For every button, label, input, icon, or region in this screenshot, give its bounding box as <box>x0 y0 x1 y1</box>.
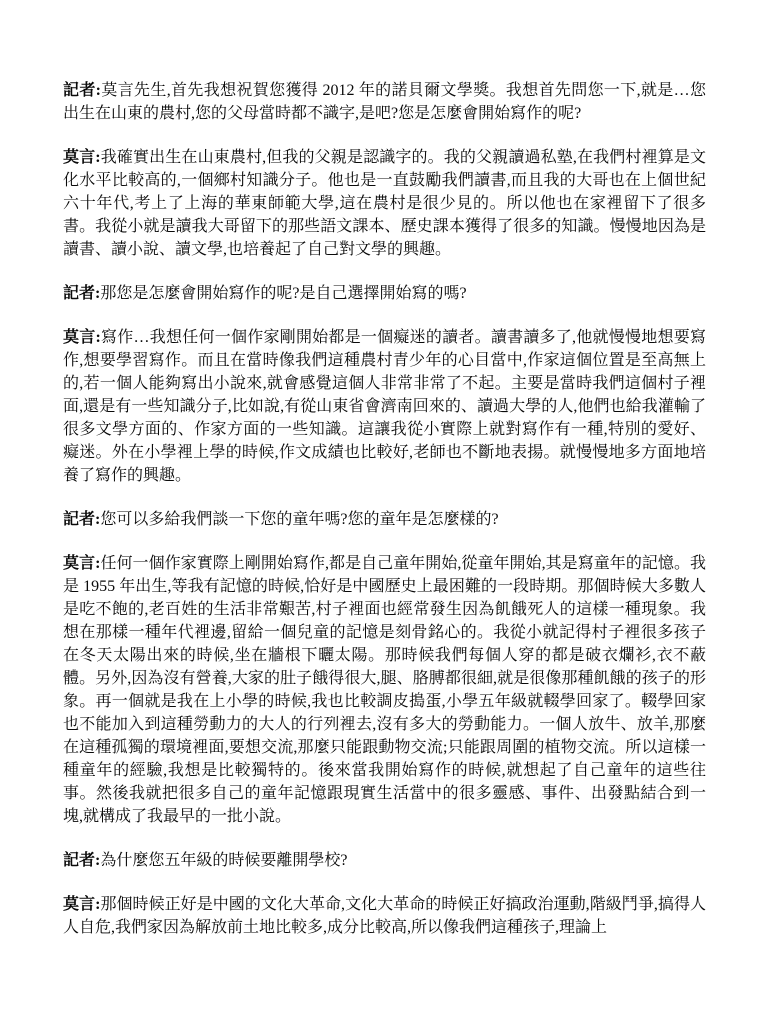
paragraph-text: 為什麼您五年級的時候要離開學校? <box>100 852 347 869</box>
speaker-label: 記者: <box>63 852 100 869</box>
paragraph-text: 莫言先生,首先我想祝賀您獲得 2012 年的諾貝爾文學獎。我想首先問您一下,就是… <box>63 82 706 122</box>
speaker-label: 莫言: <box>63 555 100 572</box>
interview-paragraph: 莫言:那個時候正好是中國的文化大革命,文化大革命的時候正好搞政治運動,階級鬥爭,… <box>63 893 706 939</box>
paragraph-text: 寫作…我想任何一個作家剛開始都是一個癡迷的讀者。讀書讀多了,他就慢慢地想要寫作,… <box>63 329 706 484</box>
interview-paragraph: 記者:莫言先生,首先我想祝賀您獲得 2012 年的諾貝爾文學獎。我想首先問您一下… <box>63 79 706 125</box>
speaker-label: 記者: <box>63 285 100 302</box>
speaker-label: 記者: <box>63 82 101 99</box>
interview-paragraph: 莫言:寫作…我想任何一個作家剛開始都是一個癡迷的讀者。讀書讀多了,他就慢慢地想要… <box>63 326 706 487</box>
document-page: 記者:莫言先生,首先我想祝賀您獲得 2012 年的諾貝爾文學獎。我想首先問您一下… <box>0 0 768 1024</box>
paragraph-text: 那您是怎麼會開始寫作的呢?是自己選擇開始寫的嗎? <box>100 285 466 302</box>
paragraph-text: 那個時候正好是中國的文化大革命,文化大革命的時候正好搞政治運動,階級鬥爭,搞得人… <box>63 896 706 936</box>
paragraph-text: 任何一個作家實際上剛開始寫作,都是自己童年開始,從童年開始,其是寫童年的記憶。我… <box>63 555 706 825</box>
interview-paragraph: 莫言:我確實出生在山東農村,但我的父親是認識字的。我的父親讀過私塾,在我們村裡算… <box>63 146 706 261</box>
paragraph-text: 我確實出生在山東農村,但我的父親是認識字的。我的父親讀過私塾,在我們村裡算是文化… <box>63 149 706 258</box>
interview-transcript: 記者:莫言先生,首先我想祝賀您獲得 2012 年的諾貝爾文學獎。我想首先問您一下… <box>63 79 706 939</box>
interview-paragraph: 記者:為什麼您五年級的時候要離開學校? <box>63 849 706 872</box>
paragraph-text: 您可以多給我們談一下您的童年嗎?您的童年是怎麼樣的? <box>100 511 498 528</box>
speaker-label: 記者: <box>63 511 100 528</box>
speaker-label: 莫言: <box>63 896 100 913</box>
speaker-label: 莫言: <box>63 149 101 166</box>
interview-paragraph: 記者:那您是怎麼會開始寫作的呢?是自己選擇開始寫的嗎? <box>63 282 706 305</box>
speaker-label: 莫言: <box>63 329 101 346</box>
interview-paragraph: 莫言:任何一個作家實際上剛開始寫作,都是自己童年開始,從童年開始,其是寫童年的記… <box>63 552 706 828</box>
interview-paragraph: 記者:您可以多給我們談一下您的童年嗎?您的童年是怎麼樣的? <box>63 508 706 531</box>
